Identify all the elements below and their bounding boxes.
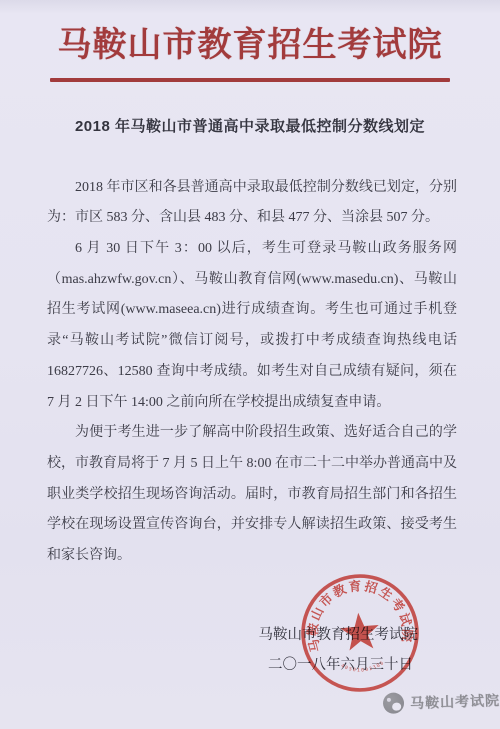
letterhead-divider: [50, 78, 450, 82]
paragraph-score-query: 6 月 30 日下午 3：00 以后，考生可登录马鞍山政务服务网（mas.ahz…: [47, 234, 457, 418]
paragraph-consultation: 为便于考生进一步了解高中阶段招生政策、选好适合自己的学校，市教育局将于 7 月 …: [47, 418, 457, 572]
paragraph-scores: 2018 年市区和各县普通高中录取最低控制分数线已划定，分别为：市区 583 分…: [47, 173, 457, 234]
letterhead-org-title: 马鞍山市教育招生考试院: [0, 26, 500, 66]
signature-date: 二〇一八年六月三十日: [0, 650, 418, 680]
document-title: 2018 年马鞍山市普通高中录取最低控制分数线划定: [0, 116, 500, 138]
document-body: 2018 年市区和各县普通高中录取最低控制分数线已划定，分别为：市区 583 分…: [47, 173, 457, 572]
watermark: 马鞍山考试院: [383, 689, 500, 714]
watermark-logo-icon: [383, 692, 405, 714]
watermark-label: 马鞍山考试院: [410, 689, 500, 712]
signature-org: 马鞍山市教育招生考试院: [0, 620, 418, 650]
scanned-document-page: 马鞍山市教育招生考试院 2018 年马鞍山市普通高中录取最低控制分数线划定 20…: [0, 0, 500, 729]
signature-block: 马鞍山市教育招生考试院 二〇一八年六月三十日: [0, 620, 418, 680]
